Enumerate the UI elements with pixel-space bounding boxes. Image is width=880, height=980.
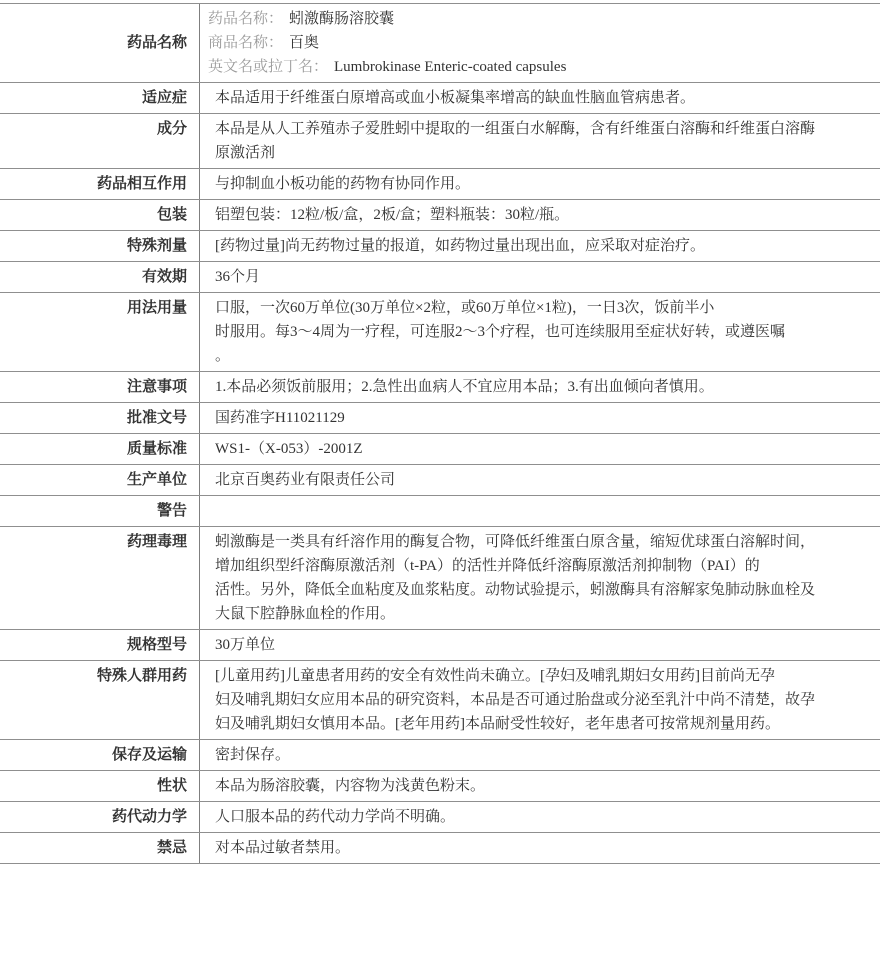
field-key: 药品名称： <box>208 11 283 27</box>
row-value: 人口服本品的药代动力学尚不明确。 <box>200 802 880 832</box>
row-value: 密封保存。 <box>200 740 880 770</box>
table-row: 药理毒理蚓激酶是一类具有纤溶作用的酶复合物，可降低纤维蛋白原含量，缩短优球蛋白溶… <box>0 527 880 630</box>
row-label: 药品相互作用 <box>0 169 200 199</box>
row-value: 1.本品必须饭前服用；2.急性出血病人不宜应用本品；3.有出血倾向者慎用。 <box>200 372 880 402</box>
table-row: 质量标准WS1-（X-053）-2001Z <box>0 434 880 465</box>
row-value: 36个月 <box>200 262 880 292</box>
row-label: 警告 <box>0 496 200 526</box>
row-value: 与抑制血小板功能的药物有协同作用。 <box>200 169 880 199</box>
row-label: 保存及运输 <box>0 740 200 770</box>
drug-info-table: 药品名称药品名称：蚓激酶肠溶胶囊商品名称：百奥英文名或拉丁名：Lumbrokin… <box>0 3 880 864</box>
row-label: 性状 <box>0 771 200 801</box>
table-row: 批准文号国药准字H11021129 <box>0 403 880 434</box>
table-row: 有效期36个月 <box>0 262 880 293</box>
row-label: 包装 <box>0 200 200 230</box>
row-value: [儿童用药]儿童患者用药的安全有效性尚未确立。[孕妇及哺乳期妇女用药]目前尚无孕… <box>200 661 880 739</box>
table-row: 注意事项1.本品必须饭前服用；2.急性出血病人不宜应用本品；3.有出血倾向者慎用… <box>0 372 880 403</box>
row-label: 禁忌 <box>0 833 200 863</box>
row-label: 注意事项 <box>0 372 200 402</box>
row-label: 药代动力学 <box>0 802 200 832</box>
row-value: 对本品过敏者禁用。 <box>200 833 880 863</box>
name-field-line: 药品名称：蚓激酶肠溶胶囊 <box>208 7 860 31</box>
table-row: 特殊剂量[药物过量]尚无药物过量的报道，如药物过量出现出血，应采取对症治疗。 <box>0 231 880 262</box>
row-value: WS1-（X-053）-2001Z <box>200 434 880 464</box>
row-value: 药品名称：蚓激酶肠溶胶囊商品名称：百奥英文名或拉丁名：Lumbrokinase … <box>200 4 880 82</box>
name-field-line: 商品名称：百奥 <box>208 31 860 55</box>
row-label: 有效期 <box>0 262 200 292</box>
table-row: 生产单位北京百奥药业有限责任公司 <box>0 465 880 496</box>
field-value: Lumbrokinase Enteric-coated capsules <box>334 59 566 75</box>
table-row: 包装铝塑包装：12粒/板/盒，2板/盒；塑料瓶装：30粒/瓶。 <box>0 200 880 231</box>
table-row: 保存及运输密封保存。 <box>0 740 880 771</box>
row-value <box>200 496 880 526</box>
row-value: 本品适用于纤维蛋白原增高或血小板凝集率增高的缺血性脑血管病患者。 <box>200 83 880 113</box>
row-value: 国药准字H11021129 <box>200 403 880 433</box>
row-value: 铝塑包装：12粒/板/盒，2板/盒；塑料瓶装：30粒/瓶。 <box>200 200 880 230</box>
row-value: 本品为肠溶胶囊，内容物为浅黄色粉末。 <box>200 771 880 801</box>
row-label: 药理毒理 <box>0 527 200 629</box>
table-row: 适应症本品适用于纤维蛋白原增高或血小板凝集率增高的缺血性脑血管病患者。 <box>0 83 880 114</box>
row-label: 特殊人群用药 <box>0 661 200 739</box>
row-value: 30万单位 <box>200 630 880 660</box>
row-label: 成分 <box>0 114 200 168</box>
row-value: [药物过量]尚无药物过量的报道，如药物过量出现出血，应采取对症治疗。 <box>200 231 880 261</box>
row-value: 口服，一次60万单位(30万单位×2粒，或60万单位×1粒)，一日3次，饭前半小… <box>200 293 880 371</box>
row-value: 北京百奥药业有限责任公司 <box>200 465 880 495</box>
row-label: 质量标准 <box>0 434 200 464</box>
row-label: 用法用量 <box>0 293 200 371</box>
row-value: 本品是从人工养殖赤子爱胜蚓中提取的一组蛋白水解酶，含有纤维蛋白溶酶和纤维蛋白溶酶… <box>200 114 880 168</box>
table-row: 特殊人群用药[儿童用药]儿童患者用药的安全有效性尚未确立。[孕妇及哺乳期妇女用药… <box>0 661 880 740</box>
table-row: 用法用量口服，一次60万单位(30万单位×2粒，或60万单位×1粒)，一日3次，… <box>0 293 880 372</box>
table-row: 规格型号30万单位 <box>0 630 880 661</box>
row-value: 蚓激酶是一类具有纤溶作用的酶复合物，可降低纤维蛋白原含量，缩短优球蛋白溶解时间，… <box>200 527 880 629</box>
table-row: 药代动力学人口服本品的药代动力学尚不明确。 <box>0 802 880 833</box>
field-key: 商品名称： <box>208 35 283 51</box>
field-value: 百奥 <box>289 35 319 51</box>
name-field-line: 英文名或拉丁名：Lumbrokinase Enteric-coated caps… <box>208 55 860 79</box>
row-label: 规格型号 <box>0 630 200 660</box>
field-value: 蚓激酶肠溶胶囊 <box>289 11 394 27</box>
table-row: 禁忌对本品过敏者禁用。 <box>0 833 880 864</box>
field-key: 英文名或拉丁名： <box>208 59 328 75</box>
row-label: 特殊剂量 <box>0 231 200 261</box>
row-label: 适应症 <box>0 83 200 113</box>
row-label: 药品名称 <box>0 4 200 82</box>
table-row: 成分本品是从人工养殖赤子爱胜蚓中提取的一组蛋白水解酶，含有纤维蛋白溶酶和纤维蛋白… <box>0 114 880 169</box>
table-row: 药品相互作用与抑制血小板功能的药物有协同作用。 <box>0 169 880 200</box>
table-row: 性状本品为肠溶胶囊，内容物为浅黄色粉末。 <box>0 771 880 802</box>
table-row: 药品名称药品名称：蚓激酶肠溶胶囊商品名称：百奥英文名或拉丁名：Lumbrokin… <box>0 4 880 83</box>
table-row: 警告 <box>0 496 880 527</box>
row-label: 批准文号 <box>0 403 200 433</box>
row-label: 生产单位 <box>0 465 200 495</box>
